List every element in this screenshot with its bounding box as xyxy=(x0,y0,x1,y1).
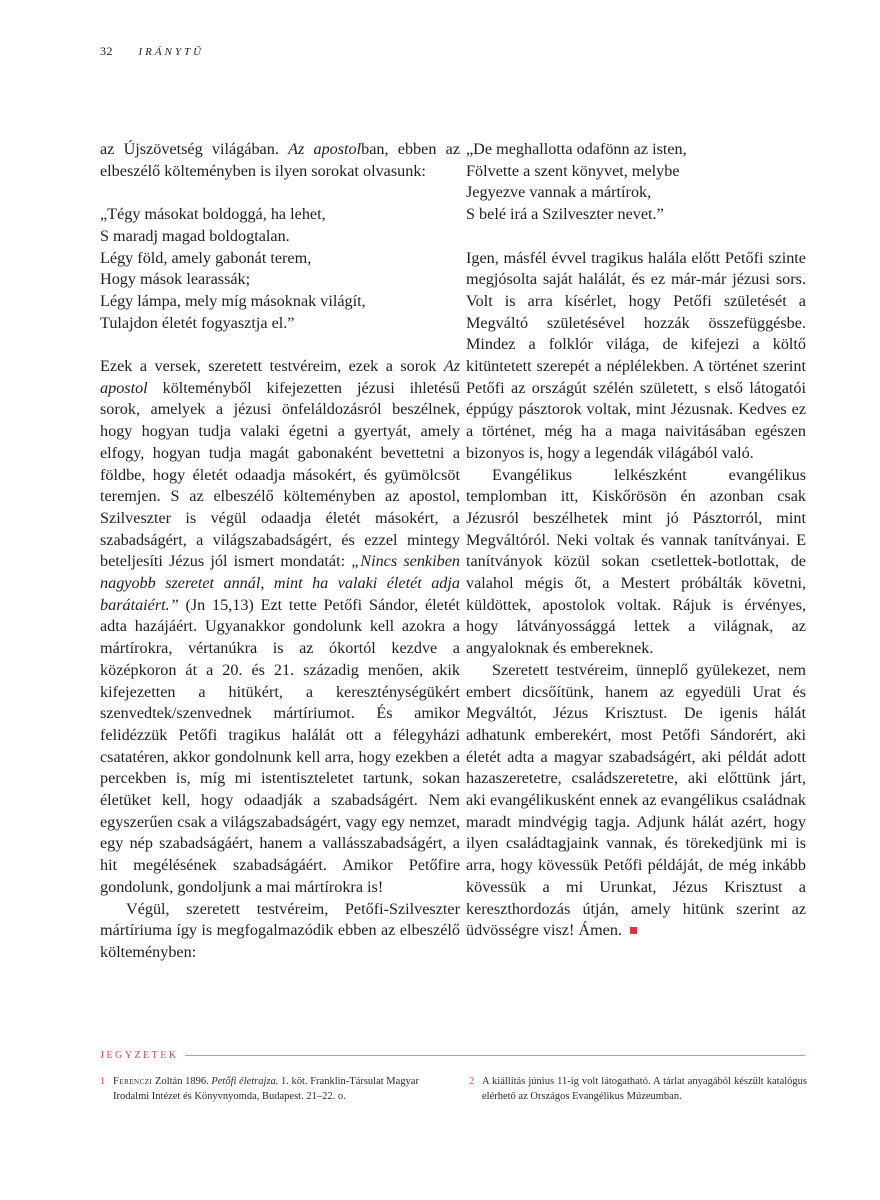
verse-line: Légy föld, amely gabonát terem, xyxy=(100,248,460,270)
body-paragraph: Ezek a versek, szeretett testvéreim, eze… xyxy=(100,356,460,899)
footnote-number: 1 xyxy=(100,1075,105,1090)
footnote-title: Petőfi életrajza. xyxy=(211,1076,278,1087)
poem-quote-2: „De meghallotta odafönn az isten, Fölvet… xyxy=(466,139,806,226)
footnote-text: A kiállítás június 11-ig volt látogathat… xyxy=(469,1075,807,1104)
publication-title: IRÁNYTŰ xyxy=(139,46,205,58)
verse-line: „Tégy másokat boldoggá, ha lehet, xyxy=(100,204,460,226)
verse-line: Légy lámpa, mely míg másoknak világít, xyxy=(100,291,460,313)
verse-line: S belé irá a Szilveszter nevet.” xyxy=(466,204,806,226)
footnote-author: Ferenczi xyxy=(113,1076,152,1087)
verse-line: Fölvette a szent könyvet, melybe xyxy=(466,161,806,183)
body-paragraph: Igen, másfél évvel tragikus halála előtt… xyxy=(466,248,806,465)
poem-quote-1: „Tégy másokat boldoggá, ha lehet, S mara… xyxy=(100,204,460,334)
running-head: 32 IRÁNYTŰ xyxy=(100,44,204,59)
end-mark-icon xyxy=(630,927,637,934)
left-column: az Újszövetség világában. Az apostolban,… xyxy=(100,139,460,964)
footnote-number: 2 xyxy=(469,1075,474,1090)
notes-divider xyxy=(185,1055,805,1056)
intro-paragraph: az Újszövetség világában. Az apostolban,… xyxy=(100,139,460,182)
verse-line: Tulajdon életét fogyasztja el.” xyxy=(100,313,460,335)
body-paragraph: Evangélikus lelkészként evangélikus temp… xyxy=(466,465,806,660)
notes-title: Jegyzetek xyxy=(100,1050,179,1061)
verse-line: „De meghallotta odafönn az isten, xyxy=(466,139,806,161)
notes-heading: Jegyzetek xyxy=(100,1050,805,1061)
verse-line: Hogy mások learassák; xyxy=(100,269,460,291)
body-paragraph: Szeretett testvéreim, ünneplő gyülekezet… xyxy=(466,660,806,942)
footnote-2: 2 A kiállítás június 11-ig volt látogath… xyxy=(469,1075,807,1104)
right-column: „De meghallotta odafönn az isten, Fölvet… xyxy=(466,139,806,942)
footnote-1: 1 Ferenczi Zoltán 1896. Petőfi életrajza… xyxy=(100,1075,440,1104)
verse-line: Jegyezve vannak a mártírok, xyxy=(466,182,806,204)
page-number: 32 xyxy=(100,44,113,58)
verse-line: S maradj magad boldogtalan. xyxy=(100,226,460,248)
body-paragraph: Végül, szeretett testvéreim, Petőfi-Szil… xyxy=(100,899,460,964)
